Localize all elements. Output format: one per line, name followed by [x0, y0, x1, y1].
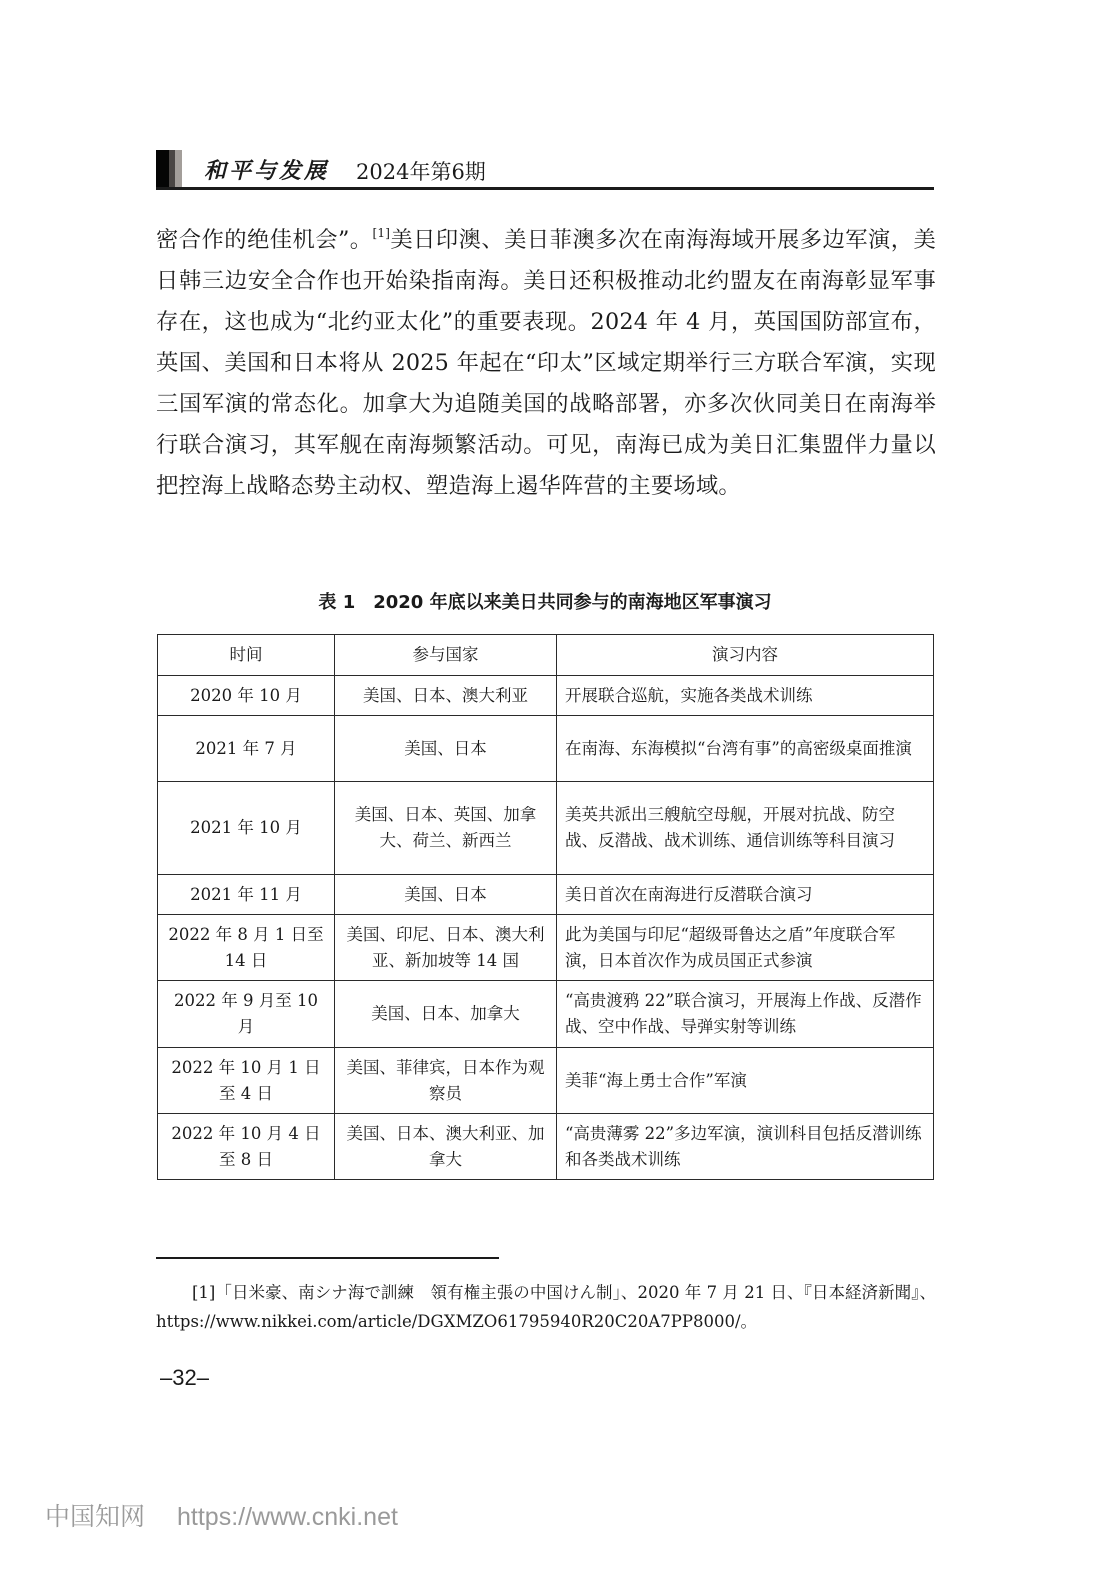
table-header-row: 时间 参与国家 演习内容	[158, 635, 934, 676]
page-number: –32–	[160, 1365, 209, 1391]
cell-countries: 美国、印尼、日本、澳大利亚、新加坡等 14 国	[335, 915, 557, 981]
table-row: 2022 年 10 月 4 日至 8 日 美国、日本、澳大利亚、加拿大 “高贵薄…	[158, 1114, 934, 1180]
table-row: 2021 年 7 月 美国、日本 在南海、东海模拟“台湾有事”的高密级桌面推演	[158, 716, 934, 782]
cell-content: 在南海、东海模拟“台湾有事”的高密级桌面推演	[557, 716, 934, 782]
cell-content: “高贵渡鸦 22”联合演习，开展海上作战、反潜作战、空中作战、导弹实射等训练	[557, 981, 934, 1048]
header-bar-black	[156, 150, 169, 188]
cell-time: 2021 年 11 月	[158, 875, 335, 915]
paragraph-start: 密合作的绝佳机会”。	[156, 227, 373, 253]
cell-content: 此为美国与印尼“超级哥鲁达之盾”年度联合军演，日本首次作为成员国正式参演	[557, 915, 934, 981]
footnote-divider	[156, 1257, 499, 1259]
column-header-content: 演习内容	[557, 635, 934, 676]
issue-number: 2024年第6期	[356, 156, 486, 186]
body-paragraph: 密合作的绝佳机会”。[1]美日印澳、美日菲澳多次在南海海域开展多边军演，美日韩三…	[156, 213, 936, 507]
watermark-site-name: 中国知网	[45, 1503, 145, 1531]
header-rule	[156, 187, 934, 190]
table-row: 2021 年 11 月 美国、日本 美日首次在南海进行反潜联合演习	[158, 875, 934, 915]
cell-time: 2022 年 10 月 4 日至 8 日	[158, 1114, 335, 1180]
table-caption: 表 1 2020 年底以来美日共同参与的南海地区军事演习	[156, 588, 934, 614]
footnote-reference[interactable]: [1]	[373, 226, 391, 240]
cell-countries: 美国、日本	[335, 875, 557, 915]
cell-countries: 美国、日本、英国、加拿大、荷兰、新西兰	[335, 782, 557, 875]
cell-content: 美英共派出三艘航空母舰，开展对抗战、防空战、反潜战、战术训练、通信训练等科目演习	[557, 782, 934, 875]
watermark: 中国知网https://www.cnki.net	[45, 1497, 398, 1533]
table-row: 2022 年 9 月至 10 月 美国、日本、加拿大 “高贵渡鸦 22”联合演习…	[158, 981, 934, 1048]
column-header-time: 时间	[158, 635, 335, 676]
paragraph-rest: 美日印澳、美日菲澳多次在南海海域开展多边军演，美日韩三边安全合作也开始染指南海。…	[156, 227, 936, 499]
running-header: 和平与发展 2024年第6期	[156, 150, 934, 190]
journal-name: 和平与发展	[204, 154, 329, 185]
cell-countries: 美国、日本	[335, 716, 557, 782]
cell-time: 2022 年 9 月至 10 月	[158, 981, 335, 1048]
table-row: 2020 年 10 月 美国、日本、澳大利亚 开展联合巡航，实施各类战术训练	[158, 676, 934, 716]
column-header-countries: 参与国家	[335, 635, 557, 676]
cell-content: 美日首次在南海进行反潜联合演习	[557, 875, 934, 915]
footnote: [1]「日米豪、南シナ海で訓練 領有権主張の中国けん制」、2020 年 7 月 …	[156, 1278, 936, 1336]
cell-time: 2021 年 7 月	[158, 716, 335, 782]
cell-countries: 美国、菲律宾，日本作为观察员	[335, 1048, 557, 1114]
cell-time: 2022 年 8 月 1 日至 14 日	[158, 915, 335, 981]
cell-content: “高贵薄雾 22”多边军演，演训科目包括反潜训练和各类战术训练	[557, 1114, 934, 1180]
table-row: 2021 年 10 月 美国、日本、英国、加拿大、荷兰、新西兰 美英共派出三艘航…	[158, 782, 934, 875]
cell-time: 2021 年 10 月	[158, 782, 335, 875]
table-row: 2022 年 8 月 1 日至 14 日 美国、印尼、日本、澳大利亚、新加坡等 …	[158, 915, 934, 981]
cell-content: 美菲“海上勇士合作”军演	[557, 1048, 934, 1114]
table-row: 2022 年 10 月 1 日至 4 日 美国、菲律宾，日本作为观察员 美菲“海…	[158, 1048, 934, 1114]
cell-countries: 美国、日本、加拿大	[335, 981, 557, 1048]
cell-time: 2022 年 10 月 1 日至 4 日	[158, 1048, 335, 1114]
watermark-url[interactable]: https://www.cnki.net	[177, 1503, 398, 1531]
cell-countries: 美国、日本、澳大利亚、加拿大	[335, 1114, 557, 1180]
exercises-table: 时间 参与国家 演习内容 2020 年 10 月 美国、日本、澳大利亚 开展联合…	[157, 634, 934, 1180]
cell-time: 2020 年 10 月	[158, 676, 335, 716]
cell-countries: 美国、日本、澳大利亚	[335, 676, 557, 716]
cell-content: 开展联合巡航，实施各类战术训练	[557, 676, 934, 716]
header-bar-light-gray	[175, 150, 182, 188]
